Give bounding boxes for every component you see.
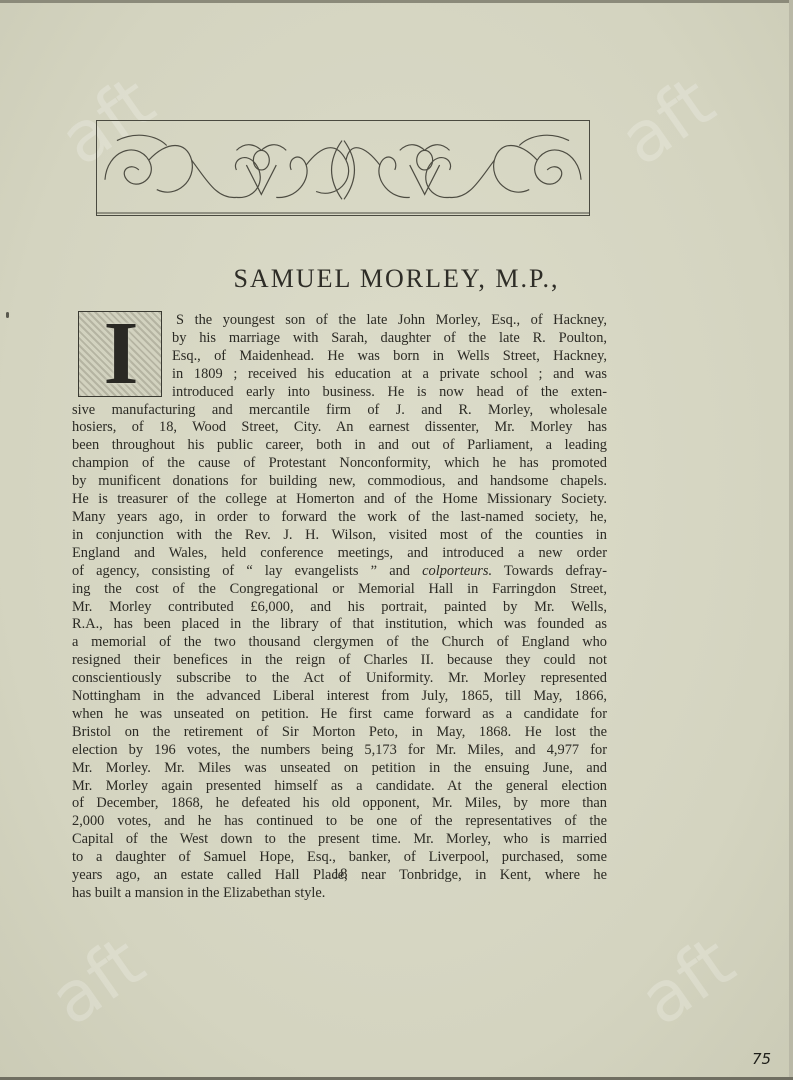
- text-line: 2,000 votes, and he has continued to be …: [72, 813, 607, 831]
- watermark: aft: [35, 921, 159, 1042]
- text-line: Nottingham in the advanced Liberal inter…: [72, 688, 607, 706]
- scrollwork-ornament-icon: [97, 121, 589, 215]
- text-line: Mr. Morley contributed £6,000, and his p…: [72, 599, 607, 617]
- page-right-edge: [789, 0, 793, 1080]
- ornamental-headpiece: [96, 120, 590, 216]
- text-line: of December, 1868, he defeated his old o…: [72, 795, 607, 813]
- text-line: champion of the cause of Protestant Nonc…: [72, 455, 607, 473]
- body-paragraph: S the youngest son of the late John Morl…: [72, 312, 607, 903]
- text-line: to a daughter of Samuel Hope, Esq., bank…: [72, 849, 607, 867]
- text-line: Bristol on the retirement of Sir Morton …: [72, 724, 607, 742]
- watermark: aft: [625, 921, 749, 1042]
- italic-term: colporteurs.: [422, 563, 492, 579]
- text-line: ing the cost of the Congregational or Me…: [72, 581, 607, 599]
- text-line: He is treasurer of the college at Homert…: [72, 491, 607, 509]
- text-line: in 1809 ; received his education at a pr…: [72, 366, 607, 384]
- document-page: aft aft aft aft: [0, 0, 793, 1080]
- text-line: sive manufacturing and mercantile firm o…: [72, 402, 607, 420]
- text-line: R.A., has been placed in the library of …: [72, 616, 607, 634]
- margin-ink-mark: [6, 312, 9, 318]
- article-title: SAMUEL MORLEY, M.P.,: [0, 264, 793, 294]
- text-line: Capital of the West down to the present …: [72, 831, 607, 849]
- text-line: resigned their benefices in the reign of…: [72, 652, 607, 670]
- text-line: by his marriage with Sarah, daughter of …: [72, 330, 607, 348]
- text-line-mixed: of agency, consisting of “ lay evangelis…: [72, 563, 607, 581]
- handwritten-folio: 75: [752, 1050, 771, 1068]
- text-segment: Towards defray-: [492, 563, 607, 579]
- text-line: when he was unseated on petition. He fir…: [72, 706, 607, 724]
- text-line: conscientiously subscribe to the Act of …: [72, 670, 607, 688]
- page-top-edge: [0, 0, 793, 3]
- text-line: by munificent donations for building new…: [72, 473, 607, 491]
- text-line: introduced early into business. He is no…: [72, 384, 607, 402]
- text-line: hosiers, of 18, Wood Street, City. An ea…: [72, 419, 607, 437]
- text-line: Mr. Morley again presented himself as a …: [72, 778, 607, 796]
- watermark: aft: [605, 61, 729, 182]
- text-line: been throughout his public career, both …: [72, 437, 607, 455]
- text-line: in conjunction with the Rev. J. H. Wilso…: [72, 527, 607, 545]
- text-line: England and Wales, held conference meeti…: [72, 545, 607, 563]
- text-line: a memorial of the two thousand clergymen…: [72, 634, 607, 652]
- text-line: Mr. Morley. Mr. Miles was unseated on pe…: [72, 760, 607, 778]
- text-line: election by 196 votes, the numbers being…: [72, 742, 607, 760]
- text-line: Many years ago, in order to forward the …: [72, 509, 607, 527]
- text-line: S the youngest son of the late John Morl…: [72, 312, 607, 330]
- text-segment: of agency, consisting of “ lay evangelis…: [72, 563, 410, 579]
- page-number: 18: [0, 866, 680, 883]
- text-line: Esq., of Maidenhead. He was born in Well…: [72, 348, 607, 366]
- text-line: has built a mansion in the Elizabethan s…: [72, 885, 607, 903]
